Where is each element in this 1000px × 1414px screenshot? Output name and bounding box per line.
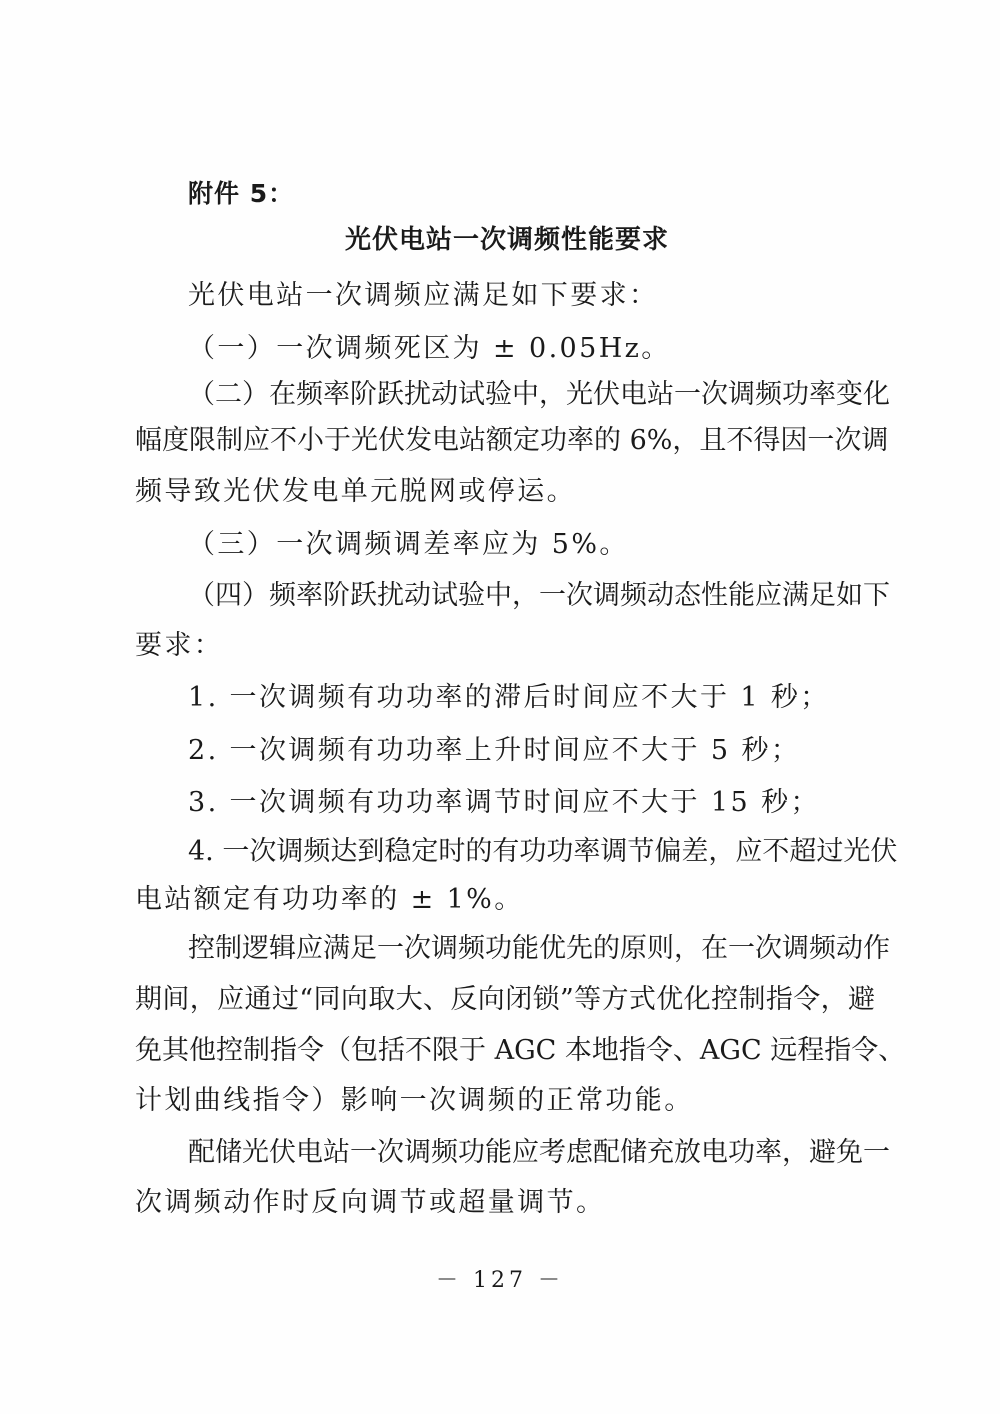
sub-requirement-3: 3. 一次调频有功功率调节时间应不大于 15 秒； (188, 785, 820, 821)
page-number: － 127 － (0, 1263, 1000, 1294)
control-logic-paragraph-line-4: 计划曲线指令）影响一次调频的正常功能。 (135, 1083, 694, 1119)
sub-requirement-4-line-1: 4. 一次调频达到稳定时的有功功率调节偏差，应不超过光伏 (188, 834, 876, 870)
sub-requirement-1: 1. 一次调频有功功率的滞后时间应不大于 1 秒； (188, 680, 830, 716)
requirement-item-3: （三）一次调频调差率应为 5%。 (188, 527, 629, 563)
control-logic-paragraph-line-3: 免其他控制指令（包括不限于 AGC 本地指令、AGC 远程指令、 (135, 1033, 875, 1069)
control-logic-paragraph-line-2: 期间，应通过“同向取大、反向闭锁”等方式优化控制指令，避 (135, 982, 875, 1018)
sub-requirement-2: 2. 一次调频有功功率上升时间应不大于 5 秒； (188, 733, 800, 769)
intro-text: 光伏电站一次调频应满足如下要求： (188, 278, 658, 314)
storage-paragraph-line-2: 次调频动作时反向调节或超量调节。 (135, 1185, 605, 1221)
requirement-item-4-line-1: （四）频率阶跃扰动试验中，一次调频动态性能应满足如下 (188, 578, 876, 614)
attachment-label: 附件 5： (188, 176, 294, 212)
requirement-item-2-line-1: （二）在频率阶跃扰动试验中，光伏电站一次调频功率变化 (188, 377, 876, 413)
storage-paragraph-line-1: 配储光伏电站一次调频功能应考虑配储充放电功率，避免一 (188, 1135, 876, 1171)
requirement-item-1: （一）一次调频死区为 ± 0.05Hz。 (188, 331, 671, 367)
requirement-item-4-line-2: 要求： (135, 628, 223, 664)
requirement-item-2-line-2: 幅度限制应不小于光伏发电站额定功率的 6%，且不得因一次调 (135, 423, 875, 459)
control-logic-paragraph-line-1: 控制逻辑应满足一次调频功能优先的原则，在一次调频动作 (188, 931, 876, 967)
sub-requirement-4-line-2: 电站额定有功功率的 ± 1%。 (135, 882, 524, 918)
document-title: 光伏电站一次调频性能要求 (345, 222, 669, 258)
requirement-item-2-line-3: 频导致光伏发电单元脱网或停运。 (135, 474, 576, 510)
document-page: 附件 5： 光伏电站一次调频性能要求 光伏电站一次调频应满足如下要求： （一）一… (0, 0, 1000, 1414)
